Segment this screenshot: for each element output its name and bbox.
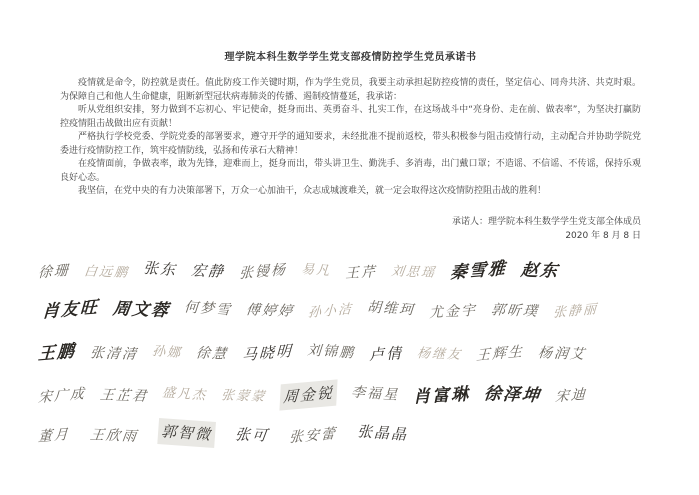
signer-block: 承诺人：理学院本科生数学学生党支部全体成员 2020 年 8 月 8 日 bbox=[60, 215, 641, 243]
signature: 王芹 bbox=[345, 260, 378, 286]
signature: 宋广成 bbox=[37, 381, 86, 409]
signature: 徐泽坤 bbox=[483, 382, 543, 408]
signature: 杨润艾 bbox=[537, 341, 588, 367]
signature: 卢倩 bbox=[368, 341, 403, 367]
signature: 易凡 bbox=[300, 257, 332, 283]
paragraph-intro: 疫情就是命令，防控就是责任。值此防疫工作关键时期，作为学生党员，我要主动承担起防… bbox=[60, 77, 641, 104]
signature: 宋迪 bbox=[554, 382, 587, 409]
signature: 周文蓉 bbox=[112, 297, 172, 323]
signature: 王鹏 bbox=[37, 339, 76, 367]
signature: 孙小洁 bbox=[307, 297, 353, 325]
signature: 张静丽 bbox=[552, 297, 598, 325]
signature: 肖富琳 bbox=[413, 382, 471, 409]
signature: 郭昕璞 bbox=[490, 298, 541, 324]
paragraph-obey: 听从党组织安排，努力做到不忘初心、牢记使命，挺身而出、英勇奋斗、扎实工作，在这场… bbox=[60, 104, 641, 131]
signature: 李福星 bbox=[350, 380, 400, 407]
signature: 徐珊 bbox=[37, 258, 70, 285]
signature: 赵东 bbox=[520, 258, 561, 283]
signature-row: 徐珊白远鹏张东宏静张镘杨易凡王芹刘思瑶秦雪雅赵东 bbox=[38, 259, 669, 285]
signature: 刘锦鹏 bbox=[306, 338, 356, 365]
document-page: 理学院本科生数学学生党支部疫情防控学生党员承诺书 疫情就是命令，防控就是责任。值… bbox=[0, 0, 699, 495]
signatures-area: 徐珊白远鹏张东宏静张镘杨易凡王芹刘思瑶秦雪雅赵东 肖友旺周文蓉何梦雪傅婷婷孙小洁… bbox=[38, 259, 669, 448]
signature: 刘思瑶 bbox=[390, 260, 438, 285]
paragraph-conviction: 我坚信，在党中央的有力决策部署下，万众一心加油干，众志成城渡难关，就一定会取得这… bbox=[60, 185, 641, 199]
signature: 尤金宇 bbox=[428, 298, 477, 324]
signature: 胡维珂 bbox=[366, 295, 416, 322]
signature: 肖友旺 bbox=[41, 295, 99, 324]
signature: 王芷君 bbox=[99, 383, 150, 409]
signature: 郭智微 bbox=[157, 418, 216, 448]
signature: 张清清 bbox=[89, 341, 140, 367]
signature: 傅婷婷 bbox=[245, 298, 296, 324]
paragraph-example: 在疫情面前，争做表率，敢为先锋，迎难而上，挺身而出，带头讲卫生、勤洗手、多消毒，… bbox=[60, 158, 641, 185]
signature: 张蒙蒙 bbox=[220, 384, 268, 409]
signature: 杨继友 bbox=[416, 342, 464, 367]
signature: 张安蕾 bbox=[288, 421, 337, 449]
signature: 张东 bbox=[142, 255, 178, 281]
signature: 宏静 bbox=[190, 258, 227, 283]
signature: 王辉生 bbox=[476, 339, 525, 367]
signature-row: 董月王欣雨郭智微张可张安蕾张晶晶 bbox=[38, 422, 669, 448]
signature: 周金锐 bbox=[279, 379, 337, 410]
signature: 何梦雪 bbox=[183, 295, 233, 322]
signature: 张晶晶 bbox=[356, 419, 409, 447]
signature: 王欣雨 bbox=[89, 423, 140, 449]
signature: 张可 bbox=[234, 422, 271, 447]
signature: 董月 bbox=[37, 422, 70, 449]
signature: 白远鹏 bbox=[83, 260, 131, 285]
signature-row: 宋广成王芷君盛凡杰张蒙蒙周金锐李福星肖富琳徐泽坤宋迪 bbox=[38, 382, 669, 409]
document-title: 理学院本科生数学学生党支部疫情防控学生党员承诺书 bbox=[60, 48, 641, 63]
signature: 徐慧 bbox=[195, 341, 230, 366]
signature-row: 王鹏张清清孙娜徐慧马晓明刘锦鹏卢倩杨继友王辉生杨润艾 bbox=[38, 341, 669, 367]
signature: 张镘杨 bbox=[239, 257, 288, 285]
signer-line: 承诺人：理学院本科生数学学生党支部全体成员 bbox=[60, 215, 641, 229]
signature: 盛凡杰 bbox=[161, 381, 208, 408]
signature: 孙娜 bbox=[151, 339, 183, 365]
paragraph-execute: 严格执行学校党委、学院党委的部署要求，遵守开学的通知要求，未经批准不提前返校，带… bbox=[60, 131, 641, 158]
signature-row: 肖友旺周文蓉何梦雪傅婷婷孙小洁胡维珂尤金宇郭昕璞张静丽 bbox=[38, 298, 669, 324]
signature: 秦雪雅 bbox=[450, 256, 508, 285]
signature: 马晓明 bbox=[241, 338, 293, 367]
document-body: 疫情就是命令，防控就是责任。值此防疫工作关键时期，作为学生党员，我要主动承担起防… bbox=[60, 77, 641, 199]
date-line: 2020 年 8 月 8 日 bbox=[60, 229, 641, 243]
